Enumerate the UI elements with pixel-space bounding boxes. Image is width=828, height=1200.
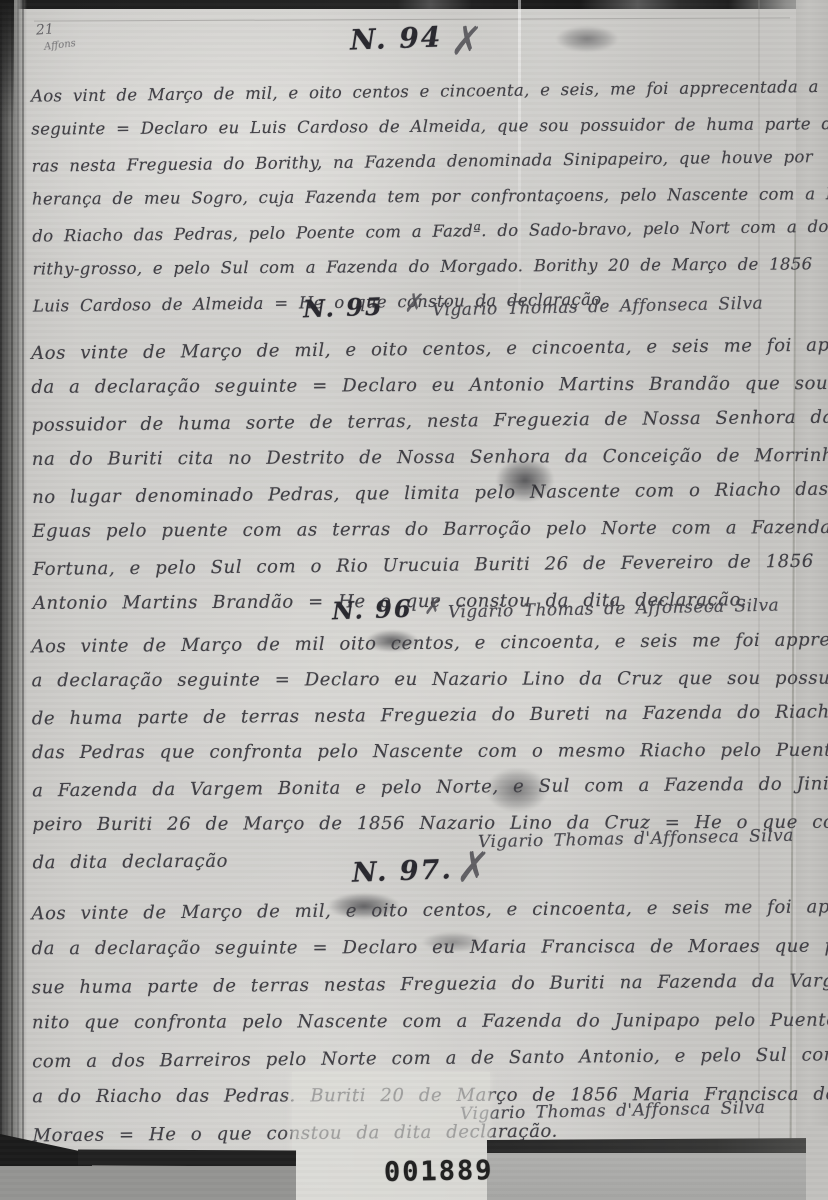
text-line: a Fazenda da Vargem Bonita e pelo Norte,… bbox=[32, 767, 794, 810]
text-line: da a declaração seguinte = Declaro eu Ma… bbox=[32, 928, 794, 967]
text-line: das Pedras que confronta pelo Nascente c… bbox=[32, 733, 794, 771]
text-line: na do Buriti cita no Destrito de Nossa S… bbox=[32, 438, 794, 478]
text-line: sue huma parte de terras nestas Freguezi… bbox=[32, 963, 794, 1007]
book-binding-edge bbox=[0, 0, 27, 1200]
text-line: a declaração seguinte = Declaro eu Nazar… bbox=[32, 661, 794, 699]
archive-stamp-number: 001889 bbox=[384, 1155, 494, 1188]
text-line: Fortuna, e pelo Sul com o Rio Urucuia Bu… bbox=[32, 544, 794, 588]
margin-page-number: 21 bbox=[35, 21, 54, 38]
scanned-register-page: 21 Affons N. 94 ✗ Aos vint de Março de m… bbox=[0, 0, 828, 1200]
entry-94-number: N. 94 bbox=[349, 20, 442, 56]
text-line: Eguas pelo puente com as terras do Barro… bbox=[32, 510, 794, 550]
text-line: de huma parte de terras nesta Freguezia … bbox=[32, 695, 794, 738]
entry-94-text: Aos vint de Março de mil, e oito centos … bbox=[31, 71, 795, 323]
text-line: Aos vinte de Março de mil oito centos, e… bbox=[31, 623, 793, 666]
entry-95-text: Aos vinte de Março de mil, e oito centos… bbox=[31, 329, 795, 622]
ink-smudge bbox=[496, 458, 554, 502]
ink-smudge bbox=[556, 26, 618, 52]
text-line: da a declaração seguinte = Declaro eu An… bbox=[31, 366, 793, 406]
scan-bed-corner bbox=[806, 1126, 828, 1200]
entry-97-number: N. 97. bbox=[351, 854, 453, 888]
text-line: no lugar denominado Pedras, que limita p… bbox=[32, 472, 794, 516]
cross-mark-icon: ✗ bbox=[455, 841, 492, 896]
margin-annotation: Affons bbox=[43, 38, 76, 53]
scan-bed-lower-left bbox=[0, 1166, 296, 1200]
text-line: Aos vinte de Março de mil, e oito centos… bbox=[31, 328, 793, 372]
entry-95-number: N. 95 bbox=[303, 292, 384, 324]
text-line: nito que confronta pelo Nascente com a F… bbox=[32, 1002, 794, 1041]
book-binding-corner bbox=[0, 0, 14, 120]
cross-mark-icon: ✗ bbox=[449, 15, 484, 68]
scan-bottom-shadow-left bbox=[78, 1150, 296, 1167]
scan-bed-lower-right bbox=[487, 1153, 828, 1200]
text-line: Aos vinte de Março de mil, e oito centos… bbox=[31, 889, 793, 933]
text-line: possuidor de huma sorte de terras, nesta… bbox=[31, 400, 793, 444]
entry-96-number: N. 96 bbox=[332, 594, 413, 626]
scan-top-shadow-bar bbox=[0, 0, 828, 9]
